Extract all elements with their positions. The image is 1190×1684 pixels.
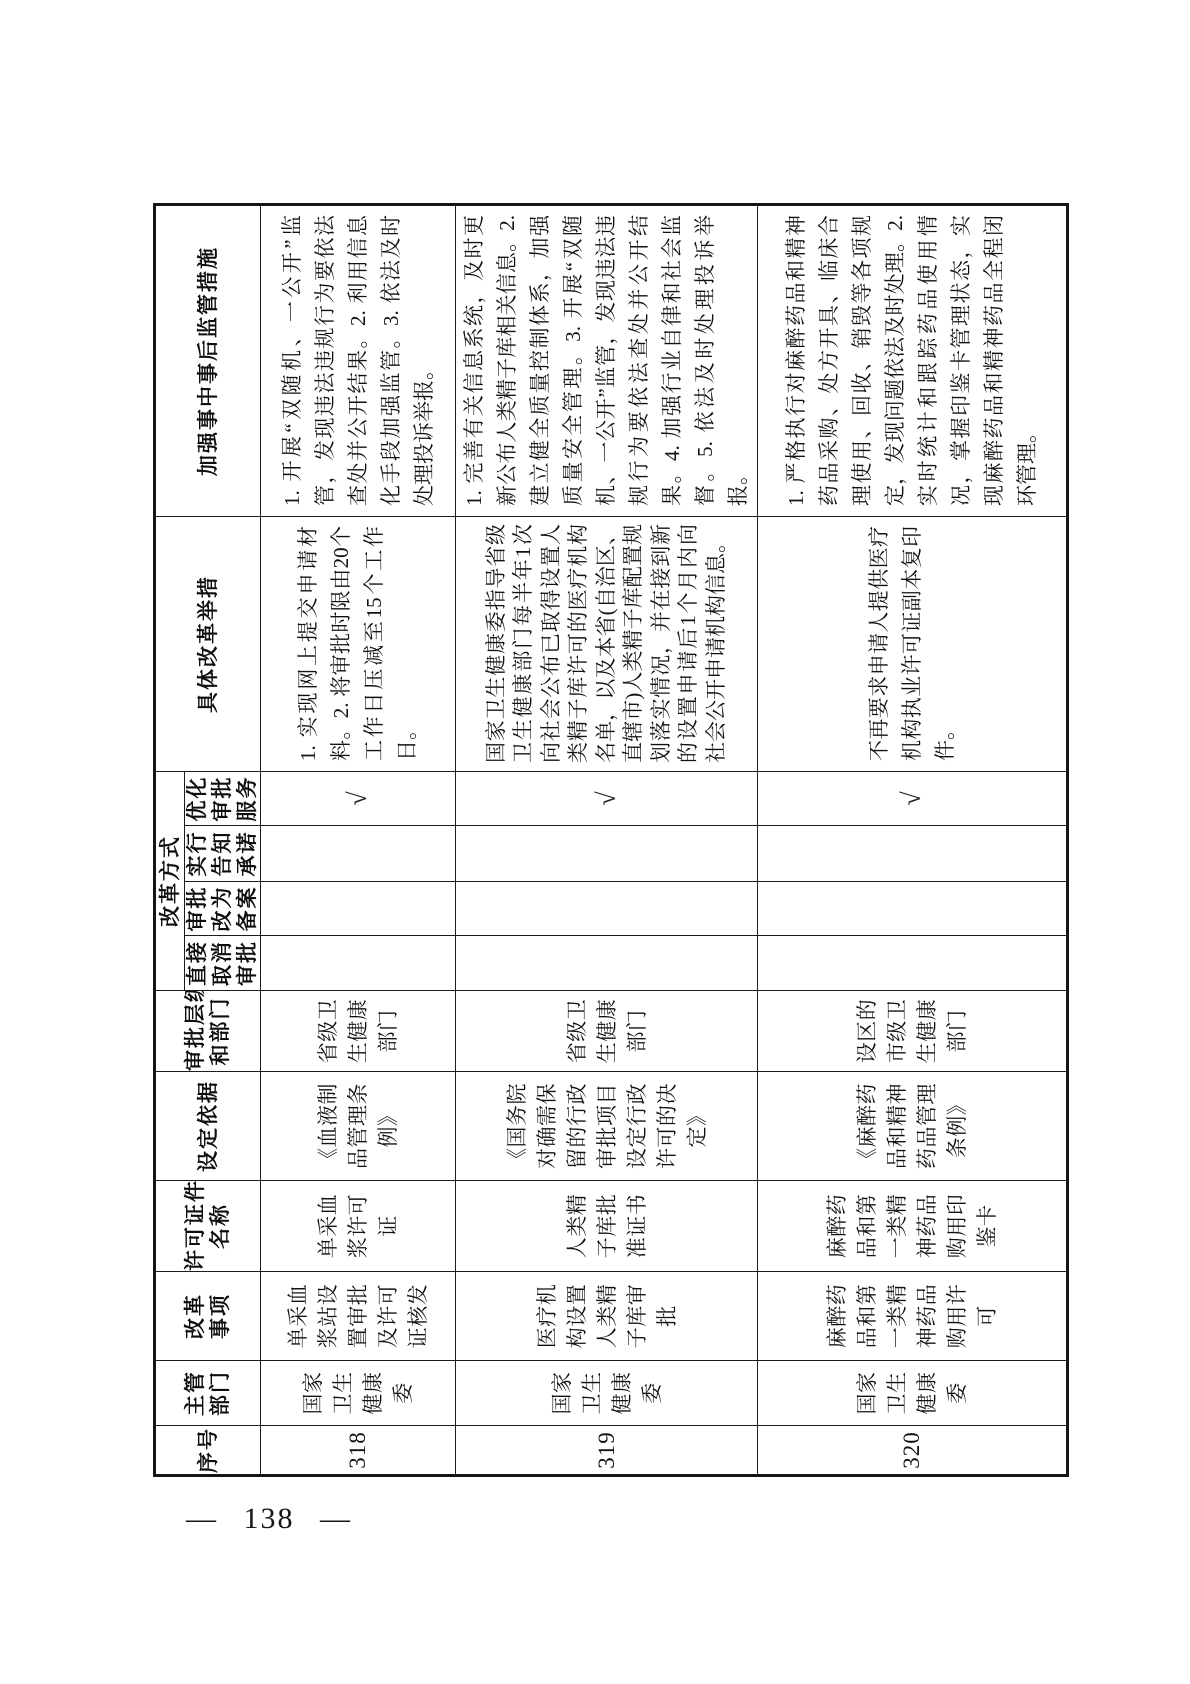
cell-legal-basis: 《麻醉药品和精神药品管理条例》 <box>758 1072 1068 1181</box>
cell-supervision: 1. 严格执行对麻醉药品和精神药品采购、处方开具、临床合理使用、回收、销毁等各项… <box>758 205 1068 517</box>
cell-mode-commitment <box>758 826 1068 882</box>
cell-approval-level: 省级卫生健康部门 <box>456 991 758 1072</box>
cell-reform-item: 单采血浆站设置审批及许可证核发 <box>261 1272 456 1361</box>
cell-license-name: 单采血浆许可证 <box>261 1181 456 1272</box>
document-page: 序号 主管 部门 改革 事项 许可证件 名称 设定依据 审批层级 和部门 改革方… <box>0 0 1190 1684</box>
cell-measures: 国家卫生健康委指导省级卫生健康部门每半年1次向社会公布已取得设置人类精子库许可的… <box>456 517 758 772</box>
cell-legal-basis: 《血液制品管理条例》 <box>261 1072 456 1181</box>
rotated-table-area: 序号 主管 部门 改革 事项 许可证件 名称 设定依据 审批层级 和部门 改革方… <box>153 206 1037 1477</box>
header-measures: 具体改革举措 <box>155 517 261 772</box>
cell-department: 国家卫生健康委 <box>758 1361 1068 1426</box>
cell-supervision: 1. 完善有关信息系统，及时更新公布人类精子库相关信息。2. 建立健全质量控制体… <box>456 205 758 517</box>
header-legal-basis: 设定依据 <box>155 1072 261 1181</box>
cell-supervision: 1. 开展“双随机、一公开”监管，发现违法违规行为要依法查处并公开结果。2. 利… <box>261 205 456 517</box>
cell-reform-item: 麻醉药品和第一类精神药品购用许可 <box>758 1272 1068 1361</box>
cell-mode-cancel <box>456 936 758 991</box>
cell-mode-filing <box>261 882 456 936</box>
cell-measures: 不再要求申请人提供医疗机构执业许可证副本复印件。 <box>758 517 1068 772</box>
header-serial: 序号 <box>155 1426 261 1476</box>
header-license-name: 许可证件 名称 <box>155 1181 261 1272</box>
cell-license-name: 人类精子库批准证书 <box>456 1181 758 1272</box>
cell-measures: 1. 实现网上提交申请材料。2. 将审批时限由20个工作日压减至15个工作日。 <box>261 517 456 772</box>
cell-mode-optimize-checkmark: √ <box>758 772 1068 826</box>
header-department: 主管 部门 <box>155 1361 261 1426</box>
cell-mode-cancel <box>758 936 1068 991</box>
cell-legal-basis: 《国务院对确需保留的行政审批项目设定行政许可的决定》 <box>456 1072 758 1181</box>
cell-mode-commitment <box>261 826 456 882</box>
table-row-318: 318 国家卫生健康委 单采血浆站设置审批及许可证核发 单采血浆许可证 《血液制… <box>261 205 456 1476</box>
cell-reform-item: 医疗机构设置人类精子库审批 <box>456 1272 758 1361</box>
header-mode-commitment: 实行 告知 承诺 <box>185 826 261 882</box>
header-reform-mode-group: 改革方式 <box>155 772 185 991</box>
reform-items-table: 序号 主管 部门 改革 事项 许可证件 名称 设定依据 审批层级 和部门 改革方… <box>153 203 1069 1477</box>
page-number: — 138 — <box>186 1502 352 1536</box>
header-approval-level: 审批层级 和部门 <box>155 991 261 1072</box>
cell-approval-level: 省级卫生健康部门 <box>261 991 456 1072</box>
table-row-319: 319 国家卫生健康委 医疗机构设置人类精子库审批 人类精子库批准证书 《国务院… <box>456 205 758 1476</box>
cell-mode-filing <box>456 882 758 936</box>
cell-department: 国家卫生健康委 <box>261 1361 456 1426</box>
cell-serial: 320 <box>758 1426 1068 1476</box>
cell-approval-level: 设区的市级卫生健康部门 <box>758 991 1068 1072</box>
cell-mode-optimize-checkmark: √ <box>456 772 758 826</box>
header-supervision: 加强事中事后监管措施 <box>155 205 261 517</box>
header-mode-cancel: 直接 取消 审批 <box>185 936 261 991</box>
table-row-320: 320 国家卫生健康委 麻醉药品和第一类精神药品购用许可 麻醉药品和第一类精神药… <box>758 205 1068 1476</box>
header-mode-optimize: 优化 审批 服务 <box>185 772 261 826</box>
header-row-group: 序号 主管 部门 改革 事项 许可证件 名称 设定依据 审批层级 和部门 改革方… <box>155 205 185 1476</box>
cell-mode-filing <box>758 882 1068 936</box>
cell-mode-optimize-checkmark: √ <box>261 772 456 826</box>
cell-serial: 319 <box>456 1426 758 1476</box>
cell-department: 国家卫生健康委 <box>456 1361 758 1426</box>
cell-serial: 318 <box>261 1426 456 1476</box>
cell-mode-cancel <box>261 936 456 991</box>
cell-license-name: 麻醉药品和第一类精神药品购用印鉴卡 <box>758 1181 1068 1272</box>
cell-mode-commitment <box>456 826 758 882</box>
header-reform-item: 改革 事项 <box>155 1272 261 1361</box>
header-mode-filing: 审批 改为 备案 <box>185 882 261 936</box>
rotated-table-inner: 序号 主管 部门 改革 事项 许可证件 名称 设定依据 审批层级 和部门 改革方… <box>153 206 1037 1477</box>
